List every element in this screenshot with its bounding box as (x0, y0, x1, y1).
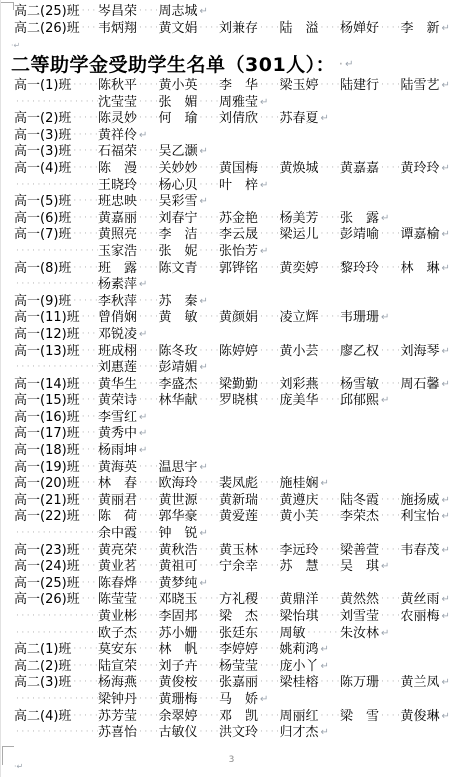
space-marks: ····················· (319, 20, 340, 37)
space-marks: ····················· (137, 625, 158, 642)
class-label: 高一(21)班 (14, 493, 80, 510)
line-break-icon: ↵ (139, 327, 147, 344)
student-name: 梁运儿 (280, 227, 319, 244)
student-name: 梁勤勤 (219, 377, 258, 394)
space-marks: ····················· (198, 641, 219, 658)
space-marks: ····················· (137, 160, 158, 177)
student-name: 方礼稷 (219, 592, 258, 609)
student-name: 周雅莹 (219, 95, 258, 112)
name-cell: 梁桂榕····················· (280, 675, 341, 692)
space-marks: ····················· (80, 3, 98, 20)
space-marks: ····················· (319, 210, 340, 227)
name-cell: 钟 锐↵ (159, 526, 208, 543)
space-marks: ····················· (80, 459, 98, 476)
name-cell: 杨莹莹····················· (219, 659, 280, 676)
name-cell: 刘雪莹····················· (340, 609, 401, 626)
name-cell: 李固邦····················· (159, 609, 220, 626)
name-cell: 陈婷婷····················· (219, 344, 280, 361)
name-cell: 陈春烨····················· (98, 576, 159, 593)
name-list-row: 高二(26)班·····················韦炳翔·········… (14, 21, 469, 38)
name-cell: 叶 梓↵ (219, 178, 268, 195)
line-break-icon: ↵ (139, 426, 147, 443)
student-name: 周石馨 (401, 377, 440, 394)
space-marks: ····················· (137, 359, 158, 376)
student-name: 黄嘉丽 (98, 211, 137, 228)
space-marks: ····················· (319, 608, 340, 625)
section-heading: 二等助学金受助学生名单（301人）： · ↵ (11, 53, 469, 77)
class-label: 高一(23)班 (14, 543, 80, 560)
student-name: 黄玲玲 (401, 161, 440, 178)
name-cell: 李秋萍····················· (98, 294, 159, 311)
line-break-icon: ↵ (321, 725, 329, 742)
student-name: 陈冬玫 (159, 344, 198, 361)
name-cell: 古敏仪····················· (159, 725, 220, 742)
space-marks: ····················· (319, 392, 340, 409)
student-name: 黄玉林 (219, 543, 258, 560)
line-break-icon: ↵ (442, 543, 450, 560)
space-marks: ····················· (71, 127, 98, 144)
space-marks: ····················· (137, 591, 158, 608)
space-marks: ····················· (258, 658, 279, 675)
name-cell: 黄业彬····················· (98, 609, 159, 626)
student-name: 黄焕城 (280, 161, 319, 178)
name-cell: 陆冬霞····················· (340, 493, 401, 510)
space-marks: ····················· (14, 525, 98, 542)
student-name: 林华献 (159, 393, 198, 410)
line-break-icon: ↵ (260, 244, 268, 261)
name-cell: 黄焕城····················· (280, 161, 341, 178)
name-list-row: ·····················沈莹莹················… (14, 95, 469, 112)
student-name: 王晓玲 (98, 178, 137, 195)
student-name: 石福荣 (98, 144, 137, 161)
space-marks: ····················· (80, 591, 98, 608)
name-cell: 裴凤彪····················· (219, 476, 280, 493)
space-marks: ····················· (198, 177, 219, 194)
line-break-icon: ↵ (442, 261, 450, 278)
name-cell: 郭铧铭····················· (219, 261, 280, 278)
space-marks: ····················· (71, 160, 98, 177)
student-name: 杨美芳 (280, 211, 319, 228)
name-cell: 陈万珊····················· (340, 675, 401, 692)
space-marks: ····················· (258, 110, 279, 127)
name-cell: 黄遵庆····················· (280, 493, 341, 510)
class-label-cell: 高一(18)班····················· (14, 443, 98, 460)
name-cell: 刘惠莲····················· (98, 360, 159, 377)
space-marks: ····················· (137, 3, 158, 20)
name-cell: 宁余幸····················· (219, 559, 280, 576)
space-marks: ····················· (379, 376, 400, 393)
name-cell: 黎玲玲····················· (340, 261, 401, 278)
line-break-icon: ↵ (442, 509, 450, 526)
space-marks: ····················· (80, 376, 98, 393)
student-name: 陈灵妙 (98, 111, 137, 128)
name-cell: 岑昌荣····················· (98, 4, 159, 21)
space-marks: ····················· (258, 508, 279, 525)
space-marks: ····················· (258, 625, 279, 642)
name-cell: 吴乙灏↵ (159, 144, 208, 161)
student-name: 刘惠莲 (98, 360, 137, 377)
space-marks: ····················· (198, 591, 219, 608)
space-marks: ····················· (80, 425, 98, 442)
name-cell: 方礼稷····················· (219, 592, 280, 609)
space-marks: ····················· (198, 110, 219, 127)
name-cell: 农丽梅↵ (401, 609, 450, 626)
name-cell: 黄业茗····················· (98, 559, 159, 576)
name-cell: 黄文娟····················· (159, 21, 220, 38)
student-name: 张嘉丽 (219, 675, 258, 692)
line-break-icon: ↵ (200, 576, 208, 593)
name-cell: 欧子杰····················· (98, 626, 159, 643)
indent-cell: ····················· (14, 609, 98, 626)
name-list-row: 高二(4)班·····················苏芳莹··········… (14, 709, 469, 726)
name-cell: 黄爱莲····················· (219, 509, 280, 526)
student-name: 陆雪艺 (401, 78, 440, 95)
student-name: 韦珊珊 (340, 310, 379, 327)
student-name: 陆 溢 (280, 21, 319, 38)
class-label-cell: 高二(4)班····················· (14, 709, 98, 726)
line-break-icon: ↵ (442, 675, 450, 692)
class-label: 高二(25)班 (14, 4, 80, 21)
name-cell: 陆建行····················· (340, 78, 401, 95)
line-break-icon: ↵ (442, 161, 450, 178)
line-break-icon: ↵ (442, 344, 450, 361)
student-name: 梁 雪 (340, 709, 379, 726)
name-cell: 姚莉鸿↵ (280, 642, 329, 659)
name-cell: 黄嘉嘉····················· (340, 161, 401, 178)
name-cell: 梁善萱····················· (340, 543, 401, 560)
indent-cell: ····················· (14, 626, 98, 643)
class-label-cell: 高二(3)班····················· (14, 675, 98, 692)
space-marks: ····················· (137, 575, 158, 592)
name-cell: 杨海燕····················· (98, 675, 159, 692)
student-name: 周敏 (280, 626, 306, 643)
name-cell: 玉家浩····················· (98, 244, 159, 261)
name-cell: 郭华豪····················· (159, 509, 220, 526)
student-name: 班忠映 (98, 194, 137, 211)
name-list-row: 高一(3)班·····················黄祥伶↵ (14, 128, 469, 145)
student-name: 韦炳翔 (98, 21, 137, 38)
line-break-icon: ↵ (381, 559, 389, 576)
name-cell: 黄丝雨↵ (401, 592, 450, 609)
name-list-row: 高一(17)班·····················黄秀中↵ (14, 426, 469, 443)
student-name: 施桂娴 (280, 476, 319, 493)
student-name: 张廷东 (219, 626, 258, 643)
space-marks: ····················· (71, 674, 98, 691)
space-marks: ····················· (137, 293, 158, 310)
name-cell: 韦春茂↵ (401, 543, 450, 560)
name-cell: 莫安东····················· (98, 642, 159, 659)
name-cell: 黄海英····················· (98, 460, 159, 477)
name-cell: 黄荣诗····················· (98, 393, 159, 410)
student-name: 彭靖媚 (159, 360, 198, 377)
space-marks: ····················· (258, 708, 279, 725)
empty-paragraph: ·↵ (14, 38, 469, 52)
name-cell: 黄丽君····················· (98, 493, 159, 510)
name-cell: 李 洁····················· (159, 227, 220, 244)
space-marks: ····················· (258, 226, 279, 243)
name-cell: 李云晟····················· (219, 227, 280, 244)
space-marks: ····················· (71, 708, 98, 725)
name-cell: 梁玉婷····················· (280, 78, 341, 95)
student-name: 郭华豪 (159, 509, 198, 526)
space-marks: ····················· (319, 542, 340, 559)
name-cell: 彭靖喻····················· (340, 227, 401, 244)
name-cell: 洪文玲····················· (219, 725, 280, 742)
section-heading-text: 二等助学金受助学生名单（301人）： (11, 53, 335, 77)
space-marks: ····················· (319, 674, 340, 691)
space-marks: ····················· (198, 625, 219, 642)
name-list-row: 高一(14)班·····················黄华生·········… (14, 377, 469, 394)
space-marks: ····················· (258, 641, 279, 658)
student-name: 张 妮 (159, 244, 198, 261)
name-cell: 陈莹莹····················· (98, 592, 159, 609)
space-marks: ····················· (379, 77, 400, 94)
name-cell: 黄鼎洋····················· (280, 592, 341, 609)
page-number: 3 (1, 755, 462, 765)
student-name: 林 春 (98, 476, 137, 493)
student-name: 温思宇 (159, 460, 198, 477)
line-break-icon: ↵ (442, 609, 450, 626)
space-marks: ····················· (80, 542, 98, 559)
name-cell: 陈 荷····················· (98, 509, 159, 526)
name-cell: 李 新↵ (401, 21, 450, 38)
student-name: 罗晓棋 (219, 393, 258, 410)
name-list-row: 高一(15)班·····················黄荣诗·········… (14, 393, 469, 410)
name-cell: 黄珊梅····················· (159, 692, 220, 709)
line-break-icon: ↵ (200, 194, 208, 211)
student-name: 黄爱莲 (219, 509, 258, 526)
student-name: 梁玉婷 (280, 78, 319, 95)
space-marks: ····················· (319, 708, 340, 725)
name-cell: 吴彩雪↵ (159, 194, 208, 211)
name-list-row: 高一(6)班·····················黄嘉丽··········… (14, 211, 469, 228)
name-cell: 余中霞····················· (98, 526, 159, 543)
student-name: 何 瑜 (159, 111, 198, 128)
space-marks: ····················· (379, 20, 400, 37)
space-marks: ····················· (198, 226, 219, 243)
student-name: 吴乙灏 (159, 144, 198, 161)
name-cell: 周石馨↵ (401, 377, 450, 394)
space-marks: ····················· (14, 276, 98, 293)
name-cell: 班成栩····················· (98, 344, 159, 361)
name-cell: 曾俏娴····················· (98, 310, 159, 327)
paragraph-mark: ·↵ (11, 41, 20, 50)
space-marks: ····················· (137, 177, 158, 194)
name-list-row: ·····················杨素萍↵ (14, 277, 469, 294)
line-break-icon: ↵ (381, 626, 389, 643)
name-cell: 庞美华····················· (280, 393, 341, 410)
space-marks: ····················· (14, 608, 98, 625)
student-name: 农丽梅 (401, 609, 440, 626)
class-label: 高一(7)班 (14, 227, 71, 244)
space-marks: ····················· (137, 724, 158, 741)
name-cell: 张 露↵ (340, 211, 389, 228)
class-label-cell: 高一(24)班····················· (14, 559, 98, 576)
space-marks: ····················· (137, 210, 158, 227)
class-label-cell: 高一(26)班····················· (14, 592, 98, 609)
name-list-row: 高一(12)班·····················邓锐凌↵ (14, 327, 469, 344)
name-list-row: 高二(3)班·····················杨海燕··········… (14, 675, 469, 692)
space-marks: ····················· (379, 542, 400, 559)
name-list-row: 高一(19)班·····················黄海英·········… (14, 460, 469, 477)
name-cell: 梁勤勤····················· (219, 377, 280, 394)
student-name: 张怡芳 (219, 244, 258, 261)
name-list-row: ·····················梁钟丹················… (14, 692, 469, 709)
space-marks: ····················· (137, 94, 158, 111)
space-marks: ····················· (80, 475, 98, 492)
student-name: 宁余幸 (219, 559, 258, 576)
indent-cell: ····················· (14, 360, 98, 377)
student-name: 邓晓玉 (159, 592, 198, 609)
student-name: 杨雪敏 (340, 377, 379, 394)
student-name: 余翠婷 (159, 709, 198, 726)
space-marks: ····················· (379, 708, 400, 725)
student-name: 韦春茂 (401, 543, 440, 560)
class-label-cell: 高二(1)班····················· (14, 642, 98, 659)
space-marks: ····················· (137, 110, 158, 127)
student-name: 刘倩欣 (219, 111, 258, 128)
name-cell: 黄秀中↵ (98, 426, 147, 443)
line-break-icon: ↵ (200, 144, 208, 161)
name-cell: 黄然然····················· (340, 592, 401, 609)
student-name: 吴 琪 (340, 559, 379, 576)
space-marks: ····················· (198, 558, 219, 575)
name-cell: 沈莹莹····················· (98, 95, 159, 112)
student-name: 邓 凯 (219, 709, 258, 726)
space-marks: ····················· (14, 724, 98, 741)
student-name: 姚莉鸿 (280, 642, 319, 659)
student-name: 裴凤彪 (219, 476, 258, 493)
name-cell: 黄亮荣····················· (98, 543, 159, 560)
student-name: 杨雨坤 (98, 443, 137, 460)
student-name: 梁善萱 (340, 543, 379, 560)
name-cell: 苏喜怡····················· (98, 725, 159, 742)
student-name: 苏春夏 (280, 111, 319, 128)
name-list-row: ·····················刘惠莲················… (14, 360, 469, 377)
name-list-row: 高一(9)班·····················李秋萍··········… (14, 294, 469, 311)
line-break-icon: ↵ (381, 310, 389, 327)
student-name: 苏小姗 (159, 626, 198, 643)
space-marks: ····················· (198, 691, 219, 708)
line-break-icon: ↵ (345, 53, 354, 77)
space-marks: ····················· (258, 608, 279, 625)
student-name: 黄国梅 (219, 161, 258, 178)
name-cell: 杨婵好····················· (340, 21, 401, 38)
student-name: 邓锐凌 (98, 327, 137, 344)
class-label: 高一(3)班 (14, 144, 71, 161)
name-cell: 邓锐凌↵ (98, 327, 147, 344)
line-break-icon: ↵ (200, 294, 208, 311)
name-cell: 黄奕婷····················· (280, 261, 341, 278)
space-marks: ····················· (258, 343, 279, 360)
space-marks: ····················· (198, 260, 219, 277)
student-name: 李婷婷 (219, 642, 258, 659)
line-break-icon: ↵ (442, 78, 450, 95)
name-cell: 周雅莹↵ (219, 95, 268, 112)
name-cell: 杨心贝····················· (159, 178, 220, 195)
student-name: 黄世源 (159, 493, 198, 510)
class-label-cell: 高一(6)班····················· (14, 211, 98, 228)
class-label-cell: 高二(2)班····················· (14, 659, 98, 676)
student-name: 利宝怡 (401, 509, 440, 526)
class-label-cell: 高一(5)班····················· (14, 194, 98, 211)
name-list-row: ·····················王晓玲················… (14, 178, 469, 195)
space-marks: ····················· (258, 20, 279, 37)
class-label-cell: 高一(11)班····················· (14, 310, 98, 327)
student-name: 梁 杰 (219, 609, 258, 626)
student-name: 周丽红 (280, 709, 319, 726)
student-name: 陈秋平 (98, 78, 137, 95)
student-name: 黄遵庆 (280, 493, 319, 510)
name-cell: 刘彩燕····················· (280, 377, 341, 394)
student-name: 吴彩雪 (159, 194, 198, 211)
student-name: 刘雪莹 (340, 609, 379, 626)
space-marks: ····················· (319, 226, 340, 243)
space-marks: ····················· (80, 442, 98, 459)
name-cell: 李婷婷····················· (219, 642, 280, 659)
class-label: 高一(3)班 (14, 128, 71, 145)
space-marks: ····················· (258, 492, 279, 509)
space-marks: ····················· (71, 77, 98, 94)
student-name: 欧海玲 (159, 476, 198, 493)
student-name: 梁钟丹 (98, 692, 137, 709)
line-break-icon: ↵ (200, 460, 208, 477)
name-cell: 杨雪敏····················· (340, 377, 401, 394)
name-cell: 李盛杰····················· (159, 377, 220, 394)
student-name: 曾俏娴 (98, 310, 137, 327)
space-marks: ····················· (137, 691, 158, 708)
name-list-row: 高一(22)班·····················陈 荷·········… (14, 509, 469, 526)
document-content: 高二(25)班·····················岑昌荣·········… (1, 0, 469, 742)
name-cell: 施桂娴↵ (280, 476, 329, 493)
student-name: 班成栩 (98, 344, 137, 361)
class-label: 高一(22)班 (14, 509, 80, 526)
name-cell: 陈文青····················· (159, 261, 220, 278)
student-name: 陈文青 (159, 261, 198, 278)
class-label-cell: 高一(22)班····················· (14, 509, 98, 526)
space-marks: ····················· (137, 343, 158, 360)
line-break-icon: ↵ (260, 178, 268, 195)
name-cell: 利宝怡↵ (401, 509, 450, 526)
space-marks: ····················· (80, 309, 98, 326)
name-cell: 苏 慧····················· (280, 559, 341, 576)
space-marks: ····················· (137, 260, 158, 277)
student-name: 刘兼存 (219, 21, 258, 38)
student-name: 苏金艳 (219, 211, 258, 228)
name-cell: 温思宇↵ (159, 460, 208, 477)
class-label-cell: 高一(19)班····················· (14, 460, 98, 477)
student-name: 杨心贝 (159, 178, 198, 195)
class-label: 高一(17)班 (14, 426, 80, 443)
class-label-cell: 高一(16)班····················· (14, 410, 98, 427)
class-label: 高一(12)班 (14, 327, 80, 344)
document-page: 高二(25)班·····················岑昌荣·········… (0, 0, 469, 777)
name-list-row: 高一(2)班·····················陈灵妙··········… (14, 111, 469, 128)
student-name: 杨海燕 (98, 675, 137, 692)
space-marks: ····················· (379, 226, 400, 243)
student-name: 黄祥伶 (98, 128, 137, 145)
class-label-cell: 高一(7)班····················· (14, 227, 98, 244)
name-cell: 罗晓棋····················· (219, 393, 280, 410)
name-cell: 黄 敏····················· (159, 310, 220, 327)
name-cell: 黄小芸····················· (280, 344, 341, 361)
previous-section-rows: 高二(25)班·····················岑昌荣·········… (14, 4, 469, 38)
space-marks: ····················· (379, 508, 400, 525)
space-marks: ····················· (14, 243, 98, 260)
space-marks: ····················· (137, 542, 158, 559)
student-name: 黄荣诗 (98, 393, 137, 410)
student-name: 张 媚 (159, 95, 198, 112)
